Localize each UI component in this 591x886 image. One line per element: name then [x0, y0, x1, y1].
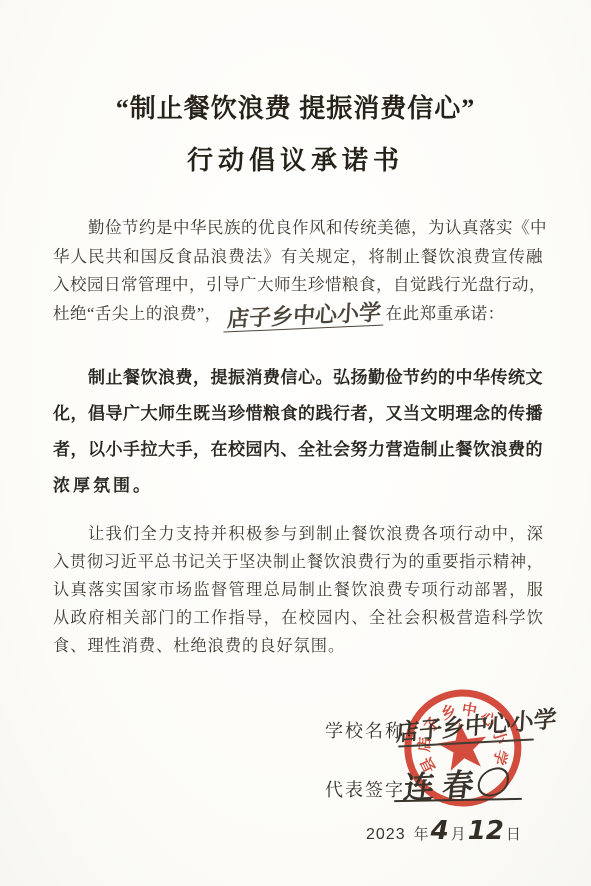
document-title-line2: 行动倡议承诺书: [0, 140, 591, 177]
paragraph-line: 入校园日常管理中，引导广大师生珍惜粮食，自觉践行光盘行动，: [53, 271, 543, 300]
date-month-unit: 月: [451, 823, 466, 844]
paragraph-line: 浓厚氛围。: [53, 468, 543, 504]
date-month-handwritten: 4: [431, 818, 449, 844]
handwritten-school-name-inline: 店子乡中心小学: [223, 303, 384, 332]
paragraph-action: 让我们全力支持并积极参与到制止餐饮浪费各项行动中，深 入贯彻习近平总书记关于坚决…: [53, 520, 543, 660]
date-day-unit: 日: [506, 823, 521, 844]
paragraph-line: 勤俭节约是中华民族的优良作风和传统美德，为认真落实《中: [53, 214, 543, 243]
paragraph-line: 制止餐饮浪费，提振消费信心。弘扬勤俭节约的中华传统文: [53, 360, 543, 396]
paragraph-intro: 勤俭节约是中华民族的优良作风和传统美德，为认真落实《中 华人民共和国反食品浪费法…: [53, 214, 543, 329]
paragraph-pledge-bold: 制止餐饮浪费，提振消费信心。弘扬勤俭节约的中华传统文 化，倡导广大师生既当珍惜粮…: [53, 360, 543, 504]
date-day-handwritten: 12: [468, 818, 504, 844]
paragraph-line: 从政府相关部门的工作指导，在校园内、全社会积极营造科学饮: [53, 604, 543, 632]
date-line: 2023 年 4 月 12 日: [366, 818, 522, 844]
date-year-unit: 年: [414, 823, 429, 844]
paragraph-line: 食、理性消费、杜绝浪费的良好氛围。: [53, 632, 543, 660]
paragraph-line: 入贯彻习近平总书记关于坚决制止餐饮浪费行为的重要指示精神，: [53, 548, 543, 576]
paragraph-line: 者，以小手拉大手，在校园内、全社会努力营造制止餐饮浪费的: [53, 432, 543, 468]
paragraph-line: 让我们全力支持并积极参与到制止餐饮浪费各项行动中，深: [53, 520, 543, 548]
paragraph-line: 华人民共和国反食品浪费法》有关规定，将制止餐饮浪费宣传融: [53, 243, 543, 272]
line4-after-text: 在此郑重承诺：: [386, 304, 505, 323]
document-title-line1: “制止餐饮浪费 提振消费信心”: [0, 88, 591, 125]
scanned-commitment-letter: “制止餐饮浪费 提振消费信心” 行动倡议承诺书 勤俭节约是中华民族的优良作风和传…: [0, 0, 591, 886]
line4-before-text: 杜绝“舌尖上的浪费”，: [53, 304, 222, 323]
paragraph-line: 化，倡导广大师生既当珍惜粮食的践行者，又当文明理念的传播: [53, 396, 543, 432]
date-year: 2023: [366, 826, 406, 844]
paragraph-line-with-handwriting: 杜绝“舌尖上的浪费”，店子乡中心小学在此郑重承诺：: [53, 300, 543, 329]
paragraph-line: 认真落实国家市场监督管理总局制止餐饮浪费专项行动部署，服: [53, 576, 543, 604]
